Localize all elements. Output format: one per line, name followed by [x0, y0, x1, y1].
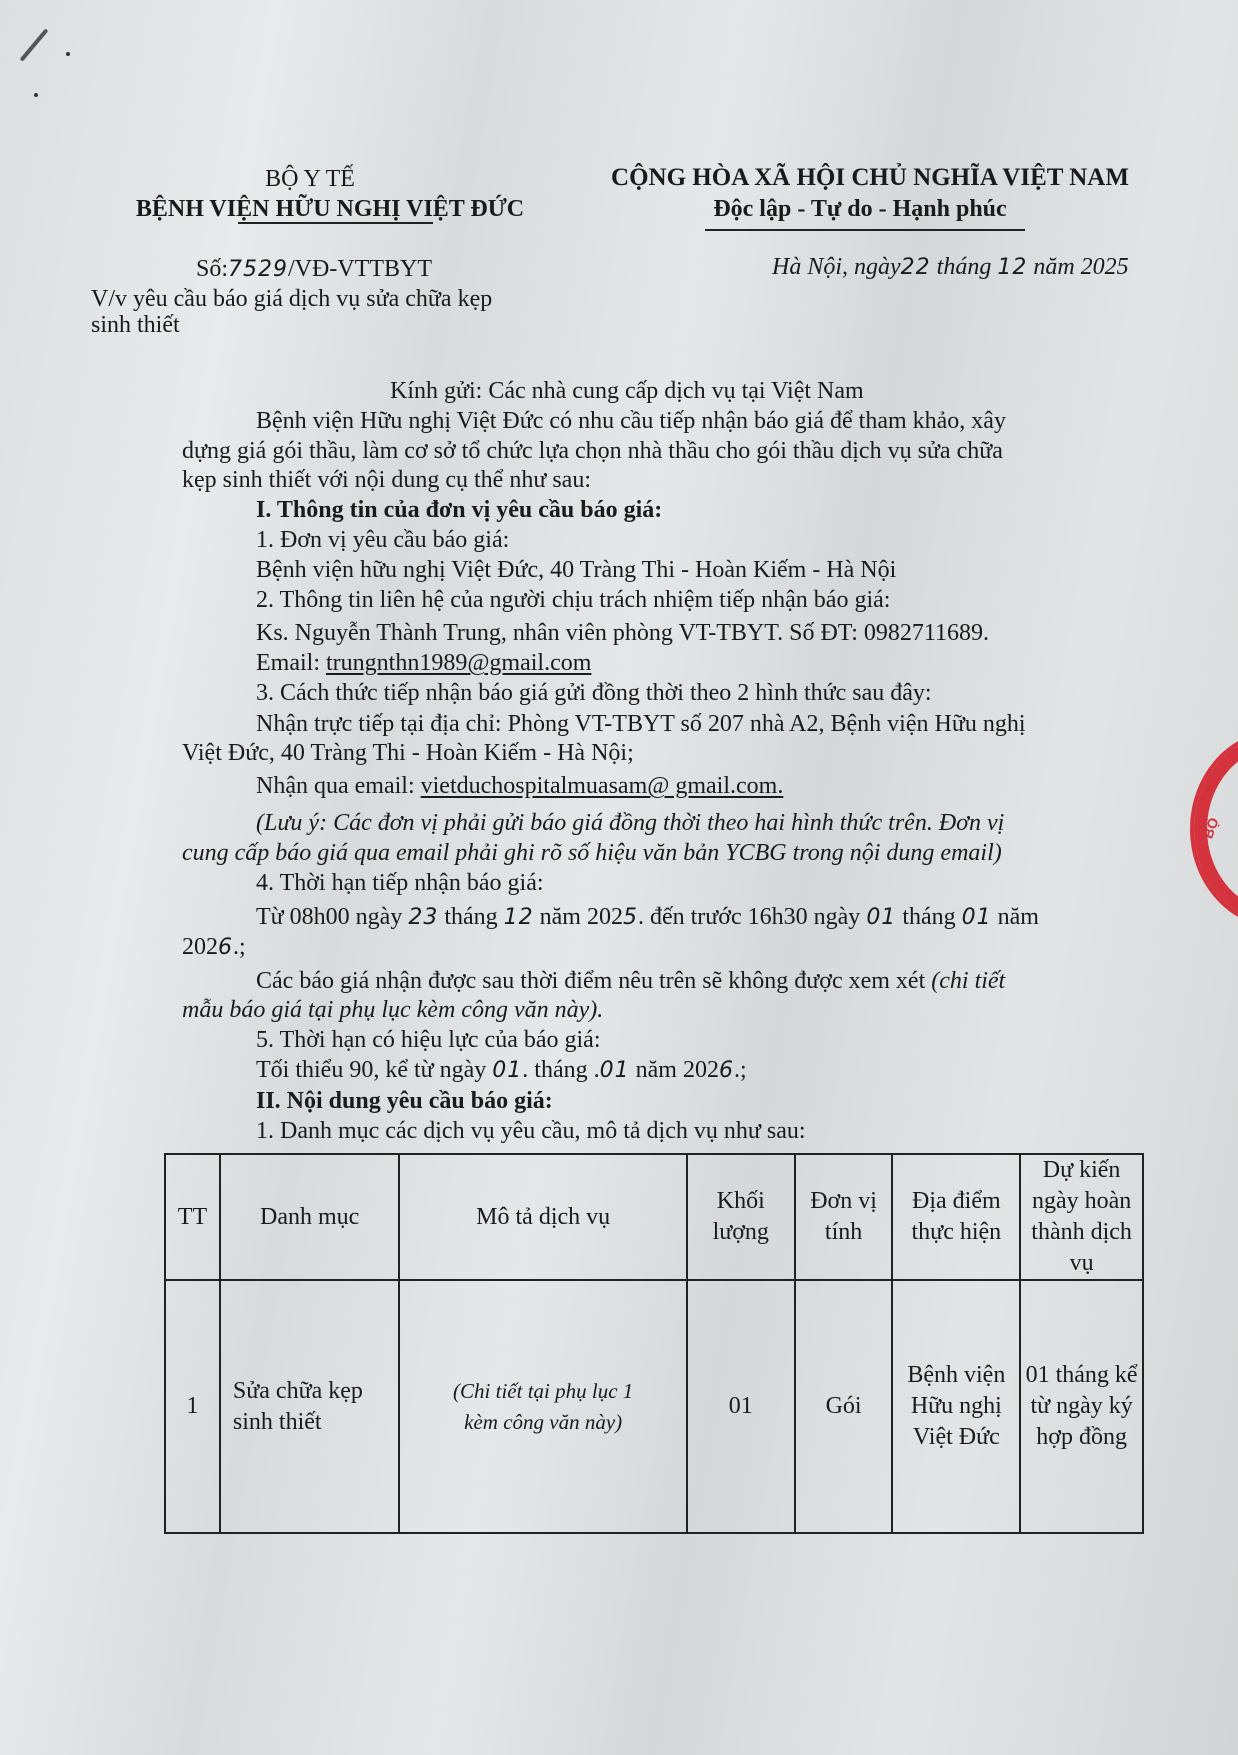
intro-line-1: Bệnh viện Hữu nghị Việt Đức có nhu cầu t…: [256, 408, 1006, 435]
item-4-period: Từ 08h00 ngày 23 tháng 12 năm 2025. đến …: [256, 904, 1039, 931]
late-notice-2: mẫu báo giá tại phụ lục kèm công văn này…: [182, 997, 603, 1024]
cell-tt: 1: [165, 1280, 220, 1533]
ministry-name: BỘ Y TẾ: [180, 166, 440, 193]
item-4-period-end: 2026.;: [182, 934, 246, 961]
hospital-name: BỆNH VIỆN HỮU NGHỊ VIỆT ĐỨC: [110, 196, 550, 223]
cell-description: (Chi tiết tại phụ lục 1 kèm công văn này…: [399, 1280, 686, 1533]
national-motto: Độc lập - Tự do - Hạnh phúc: [690, 196, 1030, 223]
header-completion: Dự kiến ngày hoàn thành dịch vụ: [1020, 1154, 1143, 1280]
cell-category: Sửa chữa kẹp sinh thiết: [220, 1280, 400, 1533]
section-2-title: II. Nội dung yêu cầu báo giá:: [256, 1088, 553, 1115]
country-name: CỘNG HÒA XÃ HỘI CHỦ NGHĨA VIỆT NAM: [590, 164, 1150, 192]
item-3-label: 3. Cách thức tiếp nhận báo giá gửi đồng …: [256, 680, 932, 707]
note-line-1: (Lưu ý: Các đơn vị phải gửi báo giá đồng…: [256, 810, 1004, 837]
item-2-label: 2. Thông tin liên hệ của người chịu trác…: [256, 587, 890, 614]
item-5-value: Tối thiểu 90, kể từ ngày 01. tháng .01 n…: [256, 1057, 747, 1084]
subject-line-2: sinh thiết: [91, 312, 180, 339]
recipient-line: Kính gửi: Các nhà cung cấp dịch vụ tại V…: [390, 378, 864, 405]
item-3-direct-1: Nhận trực tiếp tại địa chỉ: Phòng VT-TBY…: [256, 711, 1026, 738]
item-4-label: 4. Thời hạn tiếp nhận báo giá:: [256, 870, 544, 897]
item-3-email-line: Nhận qua email: vietduchospitalmuasam@ g…: [256, 773, 783, 800]
intro-line-3: kẹp sinh thiết với nội dung cụ thể như s…: [182, 467, 591, 494]
item-2-email-line: Email: trungnthn1989@gmail.com: [256, 650, 591, 677]
late-notice-1: Các báo giá nhận được sau thời điểm nêu …: [256, 968, 1005, 995]
document-page: BỘ Y TẾ BỆNH VIỆN HỮU NGHỊ VIỆT ĐỨC Số:7…: [0, 0, 1238, 1755]
header-quantity: Khối lượng: [687, 1154, 795, 1280]
header-tt: TT: [165, 1154, 220, 1280]
cell-completion: 01 tháng kể từ ngày ký hợp đồng: [1020, 1280, 1143, 1533]
cell-unit: Gói: [795, 1280, 893, 1533]
place-date: Hà Nội, ngày22 tháng 12 năm 2025: [772, 254, 1129, 281]
hospital-underline: [238, 222, 433, 224]
table-row: 1 Sửa chữa kẹp sinh thiết (Chi tiết tại …: [165, 1280, 1143, 1533]
doc-number-handwritten: 7529: [228, 257, 288, 282]
speck: [66, 52, 70, 56]
note-line-2: cung cấp báo giá qua email phải ghi rõ s…: [182, 840, 1002, 867]
table-header-row: TT Danh mục Mô tả dịch vụ Khối lượng Đơn…: [165, 1154, 1143, 1280]
speck: [34, 93, 38, 97]
doc-number: Số:7529/VĐ-VTTBYT: [196, 256, 432, 283]
item-5-label: 5. Thời hạn có hiệu lực của báo giá:: [256, 1027, 600, 1054]
header-description: Mô tả dịch vụ: [399, 1154, 686, 1280]
header-category: Danh mục: [220, 1154, 400, 1280]
staple-mark: [20, 28, 49, 61]
header-unit: Đơn vị tính: [795, 1154, 893, 1280]
cell-location: Bệnh viện Hữu nghị Việt Đức: [892, 1280, 1020, 1533]
contact-email-link[interactable]: trungnthn1989@gmail.com: [326, 650, 591, 676]
section-1-title: I. Thông tin của đơn vị yêu cầu báo giá:: [256, 497, 662, 524]
item-1-label: 1. Đơn vị yêu cầu báo giá:: [256, 527, 509, 554]
motto-underline: [705, 229, 1025, 231]
subject-line-1: V/v yêu cầu báo giá dịch vụ sửa chữa kẹp: [91, 286, 492, 313]
submission-email-link[interactable]: vietduchospitalmuasam@ gmail.com.: [421, 773, 784, 799]
item-2-contact: Ks. Nguyễn Thành Trung, nhân viên phòng …: [256, 620, 989, 647]
service-table: TT Danh mục Mô tả dịch vụ Khối lượng Đơn…: [164, 1153, 1144, 1534]
section-2-item-1: 1. Danh mục các dịch vụ yêu cầu, mô tả d…: [256, 1118, 806, 1145]
cell-quantity: 01: [687, 1280, 795, 1533]
item-1-value: Bệnh viện hữu nghị Việt Đức, 40 Tràng Th…: [256, 557, 896, 584]
intro-line-2: dựng giá gói thầu, làm cơ sở tổ chức lựa…: [182, 438, 1003, 465]
header-location: Địa điểm thực hiện: [892, 1154, 1020, 1280]
item-3-direct-2: Việt Đức, 40 Tràng Thi - Hoàn Kiếm - Hà …: [182, 740, 634, 767]
